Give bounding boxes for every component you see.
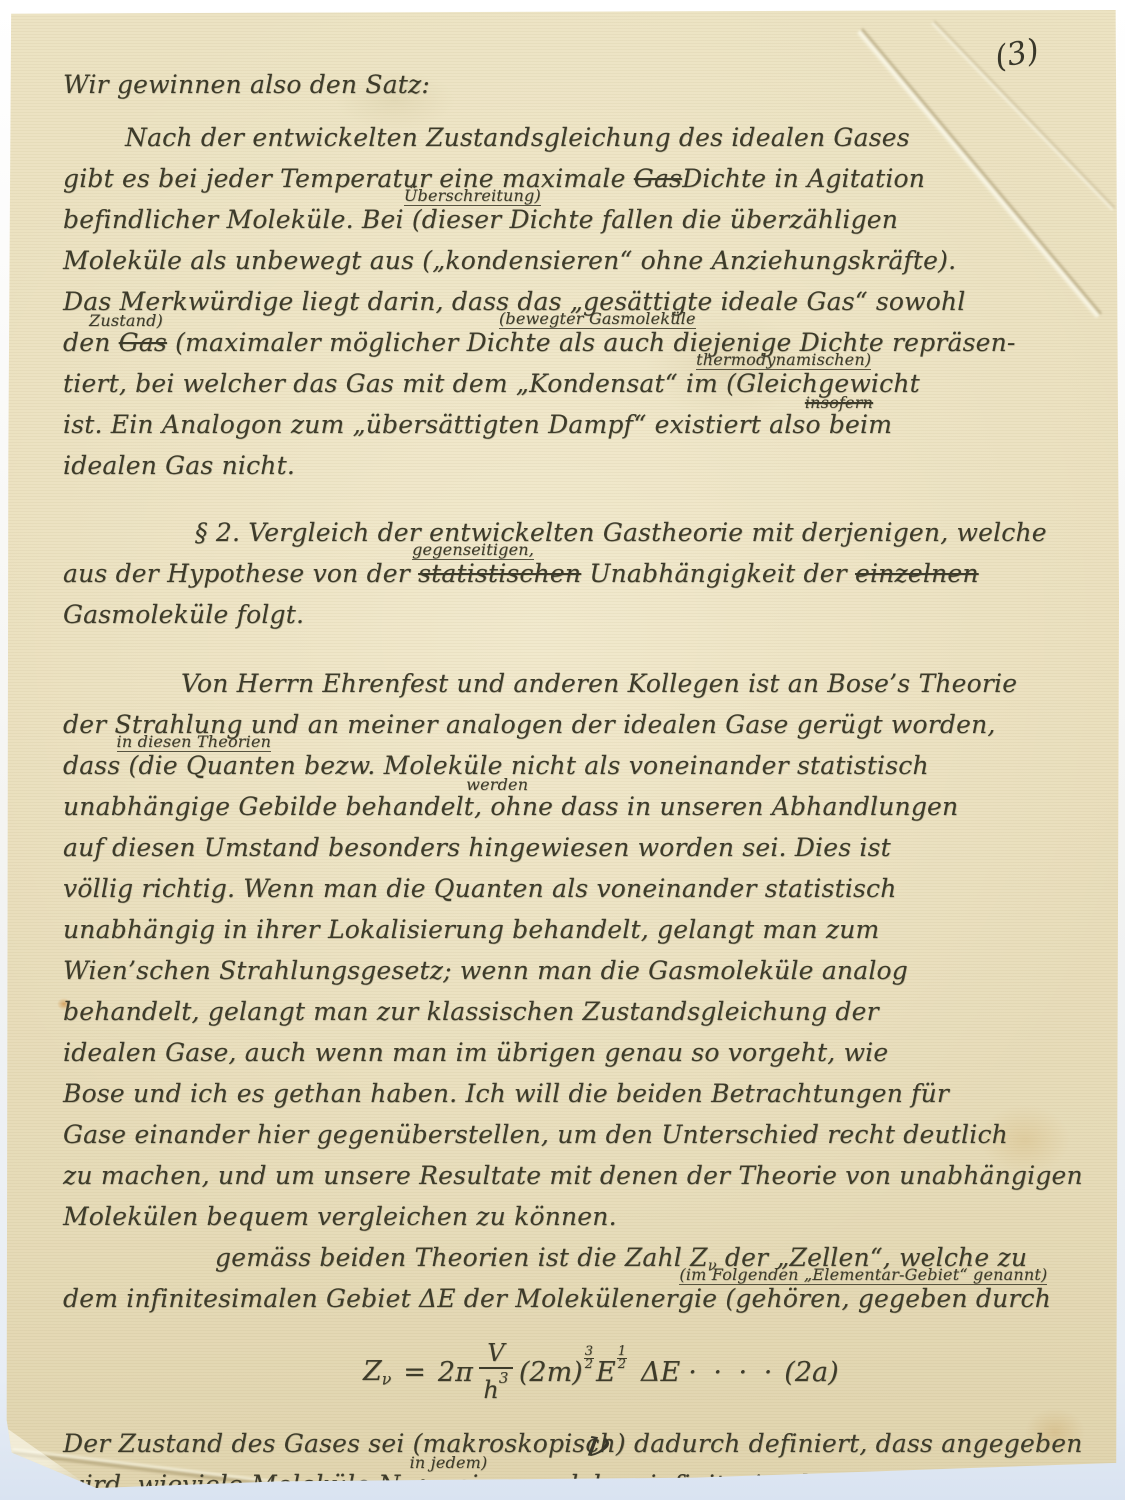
manuscript-line: dem infinitesimalen Gebiet ΔE der Molekü… — [63, 1278, 1083, 1319]
text-run: (die Quanten bezw. Moleküle nicht als vo… — [129, 751, 929, 780]
eq-dots: · · · · — [688, 1357, 776, 1388]
text-run: den — [63, 328, 119, 357]
equation-2a: Zν = 2π V h3 (2m)32 E12 ΔE · · · · (2a) — [363, 1335, 1083, 1409]
text-run: befindlicher Moleküle. Bei — [63, 205, 412, 234]
insertion-text: Überschreitung) — [404, 188, 541, 206]
text-run: Molekülen bequem vergleichen zu können. — [63, 1202, 617, 1231]
text-run: Der Zustand des Gases sei (makroskopisch… — [63, 1429, 1083, 1458]
paper-sheet: (3) Wir gewinnen also den Satz:Nach der … — [5, 10, 1119, 1488]
text-run — [409, 1470, 417, 1499]
manuscript-line: tiert, bei welcher das Gas mit dem „Kond… — [63, 363, 1083, 404]
manuscript-line: Bose und ich es gethan haben. Ich will d… — [63, 1073, 1083, 1114]
manuscript-line: unabhängige Gebilde behandelt,werden ohn… — [63, 786, 1083, 827]
text-run: zu machen, und um unsere Resultate mit d… — [63, 1161, 1083, 1190]
manuscript-line: aus der Hypothese von der gegenseitigen,… — [63, 553, 1083, 594]
text-run: Dichte in Agitation — [682, 164, 925, 193]
text-run: Gase einander hier gegenüberstellen, um … — [63, 1120, 1008, 1149]
insertion-text: (im Folgenden „Elementar-Gebiet“ genannt… — [679, 1267, 1047, 1285]
text-run: Bose und ich es gethan haben. Ich will d… — [63, 1079, 949, 1108]
text-run: Unabhängigkeit der — [581, 559, 855, 588]
text-run: ν — [400, 1485, 409, 1500]
text-run: idealen Gase, auch wenn man im übrigen g… — [63, 1038, 888, 1067]
insertion-text: in diesen Theorien — [117, 734, 272, 752]
insertion-text: gegenseitigen, — [412, 542, 534, 560]
eq-energy-term: E — [596, 1357, 616, 1388]
manuscript-line: Zustand)den Gas (maximaler möglicher Dic… — [63, 322, 1083, 363]
manuscript-line: Der Zustand des Gases sei (makroskopisch… — [63, 1423, 1083, 1464]
insertion-text: werden — [466, 777, 528, 793]
struck-text-run: statistischen — [418, 559, 581, 588]
text-run: unabhängig in ihrer Lokalisierung behand… — [63, 915, 879, 944]
manuscript-line: Moleküle als unbewegt aus („kondensieren… — [63, 240, 1083, 281]
eq-equals: = — [403, 1357, 426, 1388]
struck-text-run: Gas — [119, 328, 167, 357]
text-run: tiert, bei welcher das Gas mit dem „Kond… — [63, 369, 726, 398]
manuscript-line: idealen Gas nicht. — [63, 445, 1083, 486]
text-run: Wien’schen Strahlungsgesetz; wenn man di… — [63, 956, 908, 985]
eq-coefficient: 2π — [438, 1357, 473, 1388]
manuscript-line: Gase einander hier gegenüberstellen, um … — [63, 1114, 1083, 1155]
text-run: beim — [829, 410, 892, 439]
text-run: ohne dass in unseren Abhandlungen — [482, 792, 958, 821]
manuscript-line: § 2. Vergleich der entwickelten Gastheor… — [195, 512, 1083, 553]
struck-text-run: einzelnen — [855, 559, 979, 588]
insertion-text: thermodynamischen) — [696, 352, 871, 370]
manuscript-line: wird, wieviele Moleküle Nν in jedem)zu e… — [63, 1464, 1083, 1500]
insertion-text: (bewegter Gasmoleküle — [499, 311, 696, 329]
eq-delta: Δ — [641, 1357, 661, 1388]
text-run: behandelt, gelangt man zur klassischen Z… — [63, 997, 879, 1026]
text-run: Nach der entwickelten Zustandsgleichung … — [125, 123, 910, 152]
manuscript-line: Von Herrn Ehrenfest und anderen Kollegen… — [181, 663, 1083, 704]
text-run: Wir gewinnen also den Satz: — [63, 70, 430, 99]
text-run: § 2. Vergleich der entwickelten Gastheor… — [195, 518, 1047, 547]
text-run: dass — [63, 751, 129, 780]
text-run: unabhängige Gebilde behandelt, — [63, 792, 482, 821]
manuscript-line: Molekülen bequem vergleichen zu können. — [63, 1196, 1083, 1237]
manuscript-line: zu machen, und um unsere Resultate mit d… — [63, 1155, 1083, 1196]
eq-exponent-1-2: 12 — [617, 1346, 627, 1371]
manuscript-line: unabhängig in ihrer Lokalisierung behand… — [63, 909, 1083, 950]
text-run: gibt es bei jeder Temperatur eine maxima… — [63, 164, 634, 193]
manuscript-line: Wir gewinnen also den Satz: — [63, 64, 1083, 105]
manuscript-line: völlig richtig. Wenn man die Quanten als… — [63, 868, 1083, 909]
manuscript-line: ist. Ein Analogon zum „übersättigten Dam… — [63, 404, 1083, 445]
text-run: gemäss beiden Theorien ist die Zahl — [215, 1243, 690, 1272]
text-run: Von Herrn Ehrenfest und anderen Kollegen… — [181, 669, 1017, 698]
eq-lhs: Zν — [363, 1356, 391, 1389]
manuscript-line: Nach der entwickelten Zustandsgleichung … — [125, 117, 1083, 158]
eq-energy-term-2: E — [661, 1357, 681, 1388]
eq-fraction-v-h3: V h3 — [479, 1341, 513, 1403]
text-run: idealen Gas nicht. — [63, 451, 295, 480]
text-run: Moleküle als unbewegt aus („kondensieren… — [63, 246, 956, 275]
text-run: völlig richtig. Wenn man die Quanten als… — [63, 874, 897, 903]
manuscript-line: auf diesen Umstand besonders hingewiesen… — [63, 827, 1083, 868]
text-run: dem infinitesimalen Gebiet ΔE der Molekü… — [63, 1284, 725, 1313]
manuscript-line: idealen Gase, auch wenn man im übrigen g… — [63, 1032, 1083, 1073]
insertion-text: insofern — [805, 395, 873, 411]
manuscript-body: Wir gewinnen also den Satz:Nach der entw… — [63, 64, 1083, 1500]
text-run: auf diesen Umstand besonders hingewiesen… — [63, 833, 891, 862]
manuscript-line: gibt es bei jeder Temperatur eine maxima… — [63, 158, 1083, 199]
eq-mass-factor: (2m) — [519, 1357, 583, 1388]
text-run: (dieser Dichte fallen die überzähligen — [412, 205, 898, 234]
text-run: Gasmoleküle folgt. — [63, 600, 304, 629]
scanned-page: (3) Wir gewinnen also den Satz:Nach der … — [0, 0, 1125, 1500]
text-run: (gehören, gegeben durch — [725, 1284, 1051, 1313]
text-run: aus der Hypothese von der — [63, 559, 418, 588]
manuscript-line: Wien’schen Strahlungsgesetz; wenn man di… — [63, 950, 1083, 991]
struck-text-run: zu — [418, 1470, 448, 1499]
manuscript-line: Gasmoleküle folgt. — [63, 594, 1083, 635]
text-run: (maximaler möglicher Dichte — [167, 328, 559, 357]
struck-text-run: Gas — [634, 164, 682, 193]
eq-number: (2a) — [784, 1357, 838, 1388]
manuscript-line: dass in diesen Theorien(die Quanten bezw… — [63, 745, 1083, 786]
text-run: einem solchen infinitesimalen Bereich li… — [447, 1470, 1042, 1499]
manuscript-line: befindlicher Moleküle. Bei Überschreitun… — [63, 199, 1083, 240]
text-run: wird, wieviele Moleküle — [63, 1470, 378, 1499]
insertion-text: in jedem) — [410, 1455, 488, 1471]
manuscript-line: behandelt, gelangt man zur klassischen Z… — [63, 991, 1083, 1032]
text-run: ist. Ein Analogon zum „übersättigten Dam… — [63, 410, 829, 439]
text-run: N — [378, 1470, 400, 1499]
eq-exponent-3-2: 32 — [584, 1346, 594, 1371]
insertion-text: Zustand) — [89, 313, 163, 329]
